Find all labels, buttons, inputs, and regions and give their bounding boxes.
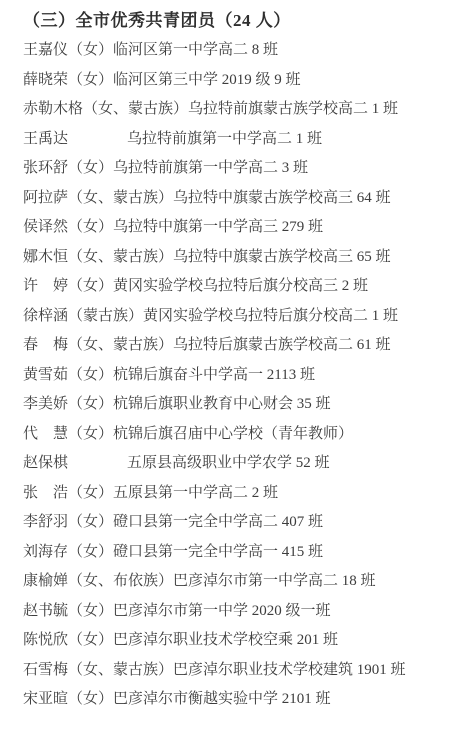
list-item: 康榆婵（女、布依族）巴彦淖尔市第一中学高二 18 班 — [23, 567, 443, 597]
list-item: 徐梓涵（蒙古族）黄冈实验学校乌拉特后旗分校高二 1 班 — [23, 302, 443, 332]
recipient-name: 石雪梅 — [23, 656, 68, 686]
list-item: 赤勒木格（女、蒙古族）乌拉特前旗蒙古族学校高二 1 班 — [23, 95, 443, 125]
recipient-note: （蒙古族） — [68, 302, 143, 332]
recipient-note: （女） — [68, 508, 113, 538]
list-item: 薛晓荣（女）临河区第三中学 2019 级 9 班 — [23, 66, 443, 96]
recipient-note: （女） — [68, 420, 113, 450]
recipient-name: 李舒羽 — [23, 508, 68, 538]
recipient-school: 乌拉特前旗蒙古族学校高二 1 班 — [188, 95, 398, 125]
recipient-name: 刘海存 — [23, 538, 68, 568]
list-item: 阿拉萨（女、蒙古族）乌拉特中旗蒙古族学校高三 64 班 — [23, 184, 443, 214]
recipient-note: （女） — [68, 597, 113, 627]
recipient-name: 阿拉萨 — [23, 184, 68, 214]
recipient-name: 王嘉仪 — [23, 36, 68, 66]
recipient-note: （女、布依族） — [68, 567, 173, 597]
recipient-note: （女、蒙古族） — [68, 331, 173, 361]
list-item: 张 浩（女）五原县第一中学高二 2 班 — [23, 479, 443, 509]
list-item: 宋亚暄（女）巴彦淖尔市衡越实验中学 2101 班 — [23, 685, 443, 715]
list-item: 石雪梅（女、蒙古族）巴彦淖尔职业技术学校建筑 1901 班 — [23, 656, 443, 686]
recipient-school: 杭锦后旗奋斗中学高一 2113 班 — [113, 361, 315, 391]
recipient-school: 乌拉特前旗第一中学高二 1 班 — [127, 125, 322, 155]
list-item: 春 梅（女、蒙古族）乌拉特后旗蒙古族学校高二 61 班 — [23, 331, 443, 361]
recipient-name: 赵保棋 — [23, 449, 68, 479]
recipient-list: 王嘉仪（女）临河区第一中学高二 8 班薛晓荣（女）临河区第三中学 2019 级 … — [23, 36, 443, 715]
document-page: （三）全市优秀共青团员（24 人） 王嘉仪（女）临河区第一中学高二 8 班薛晓荣… — [0, 0, 449, 744]
recipient-name: 娜木恒 — [23, 243, 68, 273]
recipient-school: 杭锦后旗职业教育中心财会 35 班 — [113, 390, 331, 420]
recipient-name: 许 婷 — [23, 272, 68, 302]
recipient-note: （女） — [68, 66, 113, 96]
list-item: 赵书毓（女）巴彦淖尔市第一中学 2020 级一班 — [23, 597, 443, 627]
list-item: 侯译然（女）乌拉特中旗第一中学高三 279 班 — [23, 213, 443, 243]
recipient-note: （女） — [68, 685, 113, 715]
recipient-note: （女） — [68, 154, 113, 184]
recipient-school: 巴彦淖尔市衡越实验中学 2101 班 — [113, 685, 331, 715]
recipient-school: 乌拉特后旗蒙古族学校高二 61 班 — [173, 331, 391, 361]
recipient-name: 李美娇 — [23, 390, 68, 420]
recipient-note: （女） — [68, 36, 113, 66]
recipient-school: 乌拉特中旗蒙古族学校高三 64 班 — [173, 184, 391, 214]
list-item: 赵保棋五原县高级职业中学农学 52 班 — [23, 449, 443, 479]
recipient-name: 张环舒 — [23, 154, 68, 184]
recipient-name: 薛晓荣 — [23, 66, 68, 96]
recipient-school: 乌拉特中旗第一中学高三 279 班 — [113, 213, 323, 243]
list-item: 黄雪茹（女）杭锦后旗奋斗中学高一 2113 班 — [23, 361, 443, 391]
recipient-name: 赵书毓 — [23, 597, 68, 627]
recipient-name: 代 慧 — [23, 420, 68, 450]
recipient-school: 黄冈实验学校乌拉特后旗分校高三 2 班 — [113, 272, 368, 302]
section-title: （三）全市优秀共青团员（24 人） — [23, 6, 443, 36]
recipient-school: 乌拉特中旗蒙古族学校高三 65 班 — [173, 243, 391, 273]
recipient-school: 巴彦淖尔市第一中学高二 18 班 — [173, 567, 376, 597]
recipient-school: 五原县高级职业中学农学 52 班 — [127, 449, 330, 479]
recipient-note: （女） — [68, 361, 113, 391]
recipient-school: 巴彦淖尔市第一中学 2020 级一班 — [113, 597, 331, 627]
list-item: 李舒羽（女）磴口县第一完全中学高二 407 班 — [23, 508, 443, 538]
list-item: 王禹达乌拉特前旗第一中学高二 1 班 — [23, 125, 443, 155]
recipient-school: 磴口县第一完全中学高二 407 班 — [113, 508, 323, 538]
recipient-name: 康榆婵 — [23, 567, 68, 597]
recipient-name: 张 浩 — [23, 479, 68, 509]
recipient-school: 巴彦淖尔职业技术学校空乘 201 班 — [113, 626, 338, 656]
list-item: 李美娇（女）杭锦后旗职业教育中心财会 35 班 — [23, 390, 443, 420]
recipient-school: 杭锦后旗召庙中心学校（青年教师） — [113, 420, 353, 450]
recipient-name: 黄雪茹 — [23, 361, 68, 391]
recipient-name: 赤勒木格 — [23, 95, 83, 125]
recipient-note: （女） — [68, 272, 113, 302]
list-item: 张环舒（女）乌拉特前旗第一中学高二 3 班 — [23, 154, 443, 184]
recipient-note: （女） — [68, 390, 113, 420]
recipient-note: （女、蒙古族） — [83, 95, 188, 125]
recipient-note: （女、蒙古族） — [68, 184, 173, 214]
recipient-note: （女、蒙古族） — [68, 656, 173, 686]
recipient-name: 陈悦欣 — [23, 626, 68, 656]
recipient-name: 侯译然 — [23, 213, 68, 243]
recipient-school: 黄冈实验学校乌拉特后旗分校高二 1 班 — [143, 302, 398, 332]
list-item: 许 婷（女）黄冈实验学校乌拉特后旗分校高三 2 班 — [23, 272, 443, 302]
recipient-note: （女、蒙古族） — [68, 243, 173, 273]
recipient-note: （女） — [68, 479, 113, 509]
recipient-note: （女） — [68, 213, 113, 243]
list-item: 代 慧（女）杭锦后旗召庙中心学校（青年教师） — [23, 420, 443, 450]
list-item: 娜木恒（女、蒙古族）乌拉特中旗蒙古族学校高三 65 班 — [23, 243, 443, 273]
recipient-note: （女） — [68, 538, 113, 568]
recipient-school: 巴彦淖尔职业技术学校建筑 1901 班 — [173, 656, 406, 686]
list-item: 陈悦欣（女）巴彦淖尔职业技术学校空乘 201 班 — [23, 626, 443, 656]
recipient-school: 临河区第三中学 2019 级 9 班 — [113, 66, 301, 96]
recipient-school: 五原县第一中学高二 2 班 — [113, 479, 278, 509]
recipient-school: 临河区第一中学高二 8 班 — [113, 36, 278, 66]
list-item: 王嘉仪（女）临河区第一中学高二 8 班 — [23, 36, 443, 66]
recipient-school: 磴口县第一完全中学高一 415 班 — [113, 538, 323, 568]
recipient-name: 徐梓涵 — [23, 302, 68, 332]
list-item: 刘海存（女）磴口县第一完全中学高一 415 班 — [23, 538, 443, 568]
recipient-name: 春 梅 — [23, 331, 68, 361]
recipient-name: 宋亚暄 — [23, 685, 68, 715]
recipient-note: （女） — [68, 626, 113, 656]
recipient-school: 乌拉特前旗第一中学高二 3 班 — [113, 154, 308, 184]
recipient-name: 王禹达 — [23, 125, 68, 155]
document-body: （三）全市优秀共青团员（24 人） 王嘉仪（女）临河区第一中学高二 8 班薛晓荣… — [0, 0, 449, 715]
